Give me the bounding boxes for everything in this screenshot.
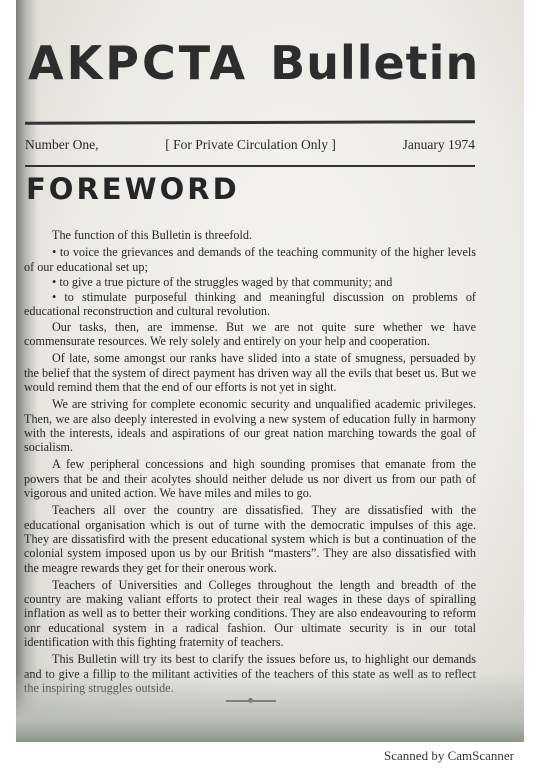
masthead: AKPCTABulletin: [28, 36, 479, 90]
section-title: FOREWORD: [26, 172, 240, 206]
masthead-rule-bottom: [25, 165, 475, 167]
scanned-page: AKPCTABulletin Number One, [ For Private…: [16, 0, 524, 742]
masthead-organization: AKPCTA: [28, 36, 248, 90]
issue-number: Number One,: [25, 137, 98, 153]
bullet-item: to stimulate purposeful thinking and mea…: [24, 290, 476, 319]
paragraph: This Bulletin will try its best to clari…: [24, 652, 476, 695]
paragraph: We are striving for complete economic se…: [24, 397, 476, 454]
paragraph: Teachers all over the country are dissat…: [24, 503, 476, 574]
bullet-item: to give a true picture of the struggles …: [24, 275, 476, 289]
foreword-body: The function of this Bulletin is threefo…: [24, 228, 476, 698]
issue-info-row: Number One, [ For Private Circulation On…: [25, 137, 475, 153]
paragraph-intro: The function of this Bulletin is threefo…: [24, 228, 476, 242]
issue-date: January 1974: [403, 137, 475, 153]
paragraph: Of late, some amongst our ranks have sli…: [24, 351, 476, 394]
masthead-publication: Bulletin: [270, 36, 479, 90]
paragraph: Teachers of Universities and Colleges th…: [24, 578, 476, 649]
paragraph: Our tasks, then, are immense. But we are…: [24, 320, 476, 349]
circulation-note: [ For Private Circulation Only ]: [165, 137, 336, 153]
end-ornament: [226, 700, 276, 702]
paragraph: A few peripheral concessions and high so…: [24, 457, 476, 500]
masthead-rule-top: [25, 120, 475, 125]
bullet-item: to voice the grievances and demands of t…: [24, 245, 476, 274]
scanner-watermark: Scanned by CamScanner: [384, 748, 514, 764]
